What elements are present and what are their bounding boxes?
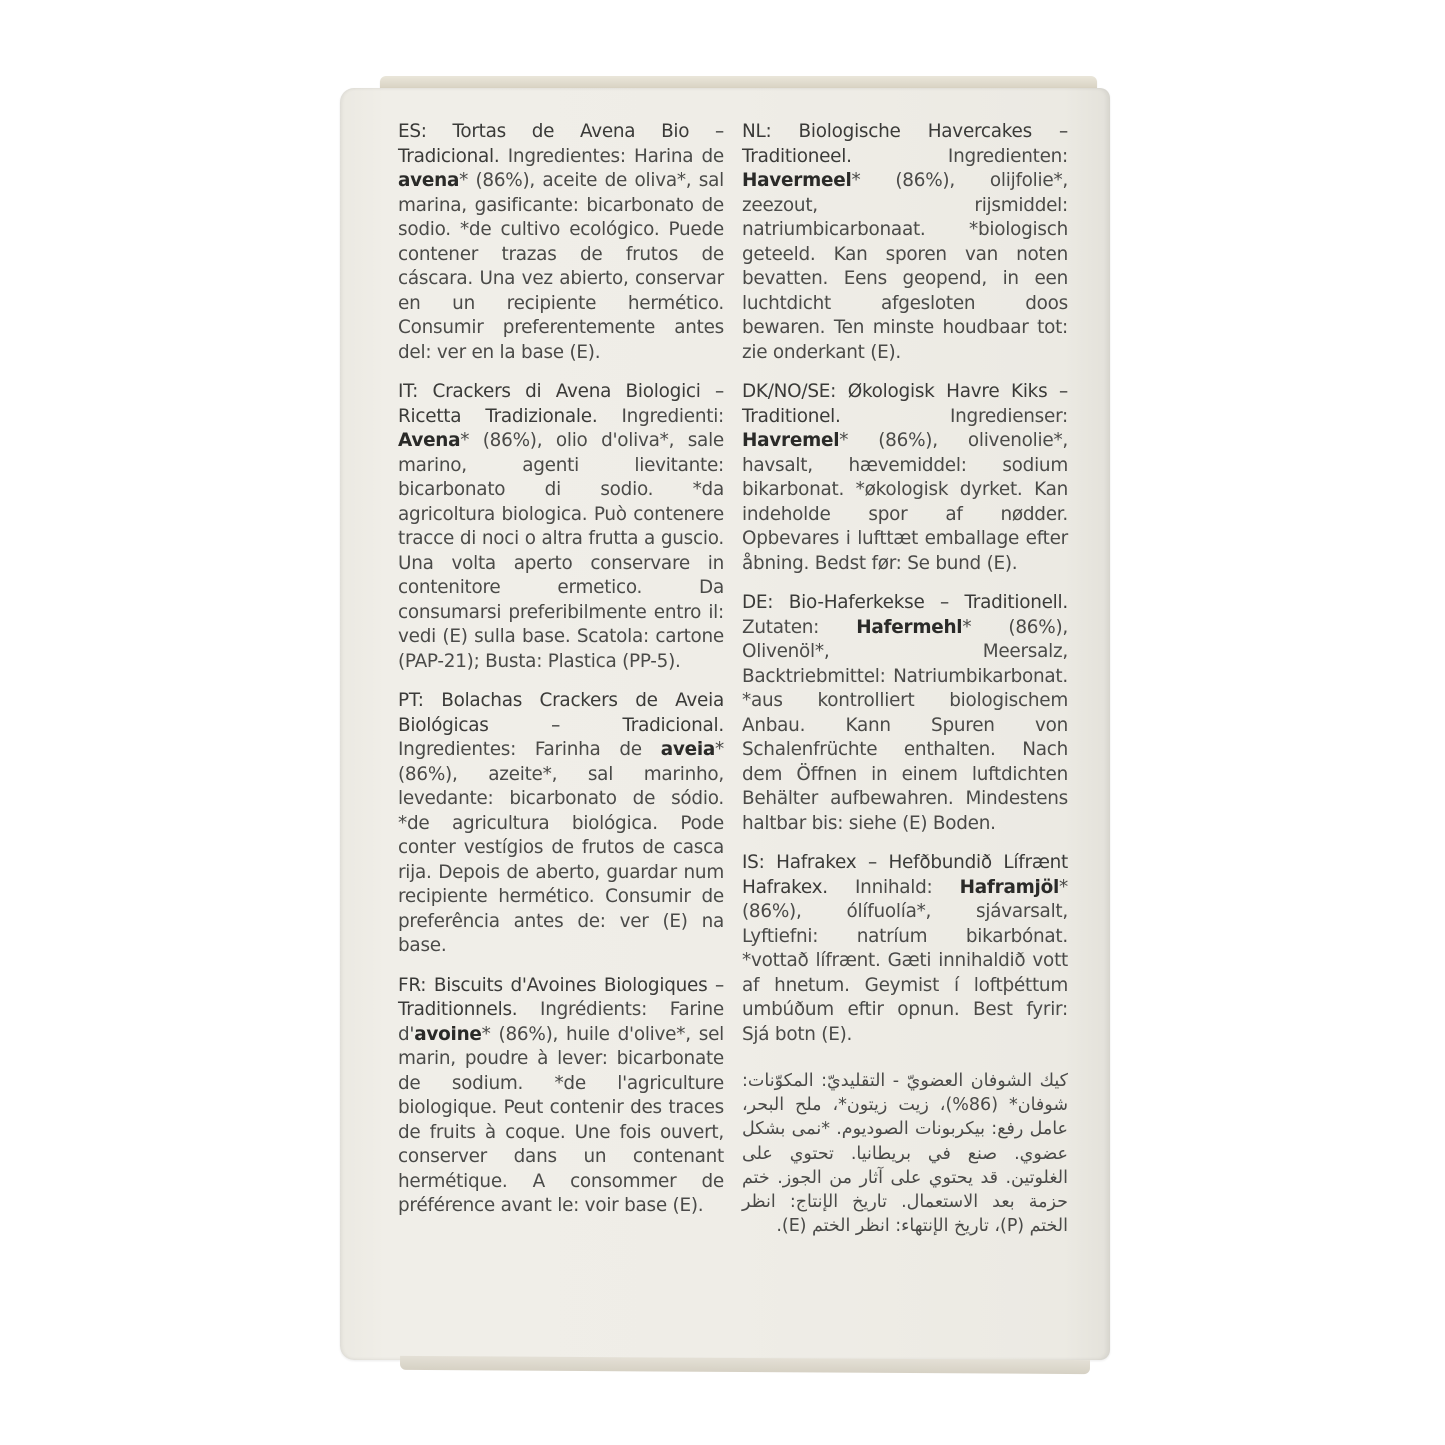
- allergen-is: Haframjöl: [960, 877, 1059, 898]
- ingredients-es: ES: Tortas de Avena Bio – Tradicional. I…: [398, 120, 724, 365]
- allergen-dk: Havremel: [742, 430, 839, 451]
- text-dk-pre: Ingredienser:: [841, 406, 1068, 427]
- ingredients-is: IS: Hafrakex – Hefðbundið Lífrænt Hafrak…: [742, 851, 1068, 1047]
- text-nl-pre: Ingredienten:: [852, 146, 1068, 167]
- text-it-pre: Ingredienti:: [597, 406, 724, 427]
- ingredients-it: IT: Crackers di Avena Biologici – Ricett…: [398, 380, 724, 674]
- text-dk-post: * (86%), olivenolie*, havsalt, hævemidde…: [742, 430, 1068, 574]
- text-pt-pre: Ingredientes: Farinha de: [398, 739, 661, 760]
- text-nl-post: * (86%), olijfolie*, zeezout, rijsmiddel…: [742, 170, 1068, 363]
- left-column: ES: Tortas de Avena Bio – Tradicional. I…: [398, 120, 724, 1253]
- ingredients-de: DE: Bio-Haferkekse – Traditionell. Zutat…: [742, 591, 1068, 836]
- title-de: DE: Bio-Haferkekse – Traditionell.: [742, 592, 1068, 613]
- text-is-pre: Innihald:: [828, 877, 960, 898]
- text-pt-post: * (86%), azeite*, sal marinho, levedante…: [398, 739, 724, 956]
- ingredient-columns: ES: Tortas de Avena Bio – Tradicional. I…: [398, 120, 1068, 1253]
- text-es-pre: Ingredientes: Harina de: [500, 146, 725, 167]
- allergen-pt: aveia: [661, 739, 715, 760]
- allergen-it: Avena: [398, 430, 460, 451]
- text-es-post: * (86%), aceite de oliva*, sal marina, g…: [398, 170, 724, 363]
- box-top-flap: [380, 76, 1097, 88]
- text-it-post: * (86%), olio d'oliva*, sale marino, age…: [398, 430, 724, 672]
- text-fr-post: * (86%), huile d'olive*, sel marin, poud…: [398, 1024, 724, 1217]
- ingredients-pt: PT: Bolachas Crackers de Aveia Biológica…: [398, 689, 724, 959]
- allergen-fr: avoine: [414, 1024, 481, 1045]
- allergen-es: avena: [398, 170, 459, 191]
- title-pt: PT: Bolachas Crackers de Aveia Biológica…: [398, 690, 724, 736]
- right-column: NL: Biologische Havercakes – Traditionee…: [742, 120, 1068, 1253]
- ingredients-dk-no-se: DK/NO/SE: Økologisk Havre Kiks – Traditi…: [742, 380, 1068, 576]
- text-is-post: * (86%), ólífuolía*, sjávarsalt, Lyftief…: [742, 877, 1068, 1045]
- allergen-nl: Havermeel: [742, 170, 852, 191]
- allergen-de: Hafermehl: [856, 617, 962, 638]
- box-bottom-flap: [400, 1356, 1090, 1374]
- text-de-post: * (86%), Olivenöl*, Meersalz, Backtriebm…: [742, 617, 1068, 834]
- ingredients-nl: NL: Biologische Havercakes – Traditionee…: [742, 120, 1068, 365]
- ingredients-fr: FR: Biscuits d'Avoines Biologiques – Tra…: [398, 974, 724, 1219]
- ingredients-ar: كيك الشوفان العضويّ - التقليديّ: المكوّن…: [742, 1069, 1068, 1238]
- text-de-pre: Zutaten:: [742, 617, 856, 638]
